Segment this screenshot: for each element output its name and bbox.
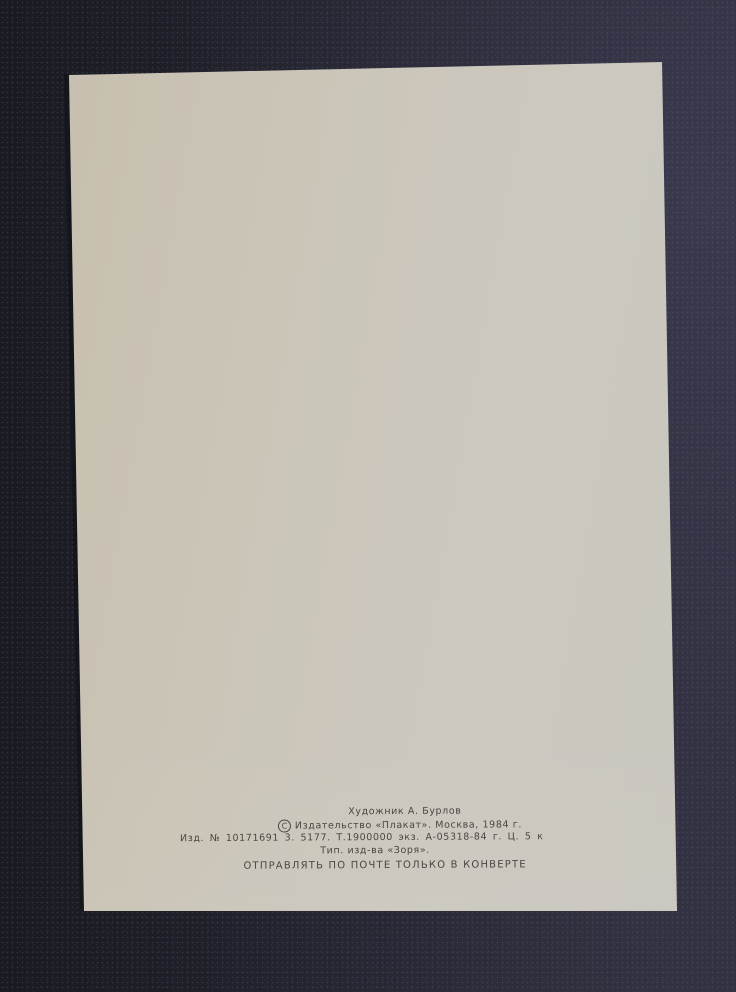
- publisher-imprint: Художник А. Бурлов CИздательство «Плакат…: [180, 805, 600, 874]
- printer-line: Тип. изд-ва «Зоря».: [150, 843, 600, 858]
- copyright-icon: C: [278, 819, 291, 832]
- mailing-notice: ОТПРАВЛЯТЬ ПО ПОЧТЕ ТОЛЬКО В КОНВЕРТЕ: [170, 859, 600, 874]
- publisher-text: Издательство «Плакат». Москва, 1984 г.: [295, 819, 522, 831]
- edition-details: Изд. № 10171691 3. 5177. Т.1900000 экз. …: [180, 831, 600, 846]
